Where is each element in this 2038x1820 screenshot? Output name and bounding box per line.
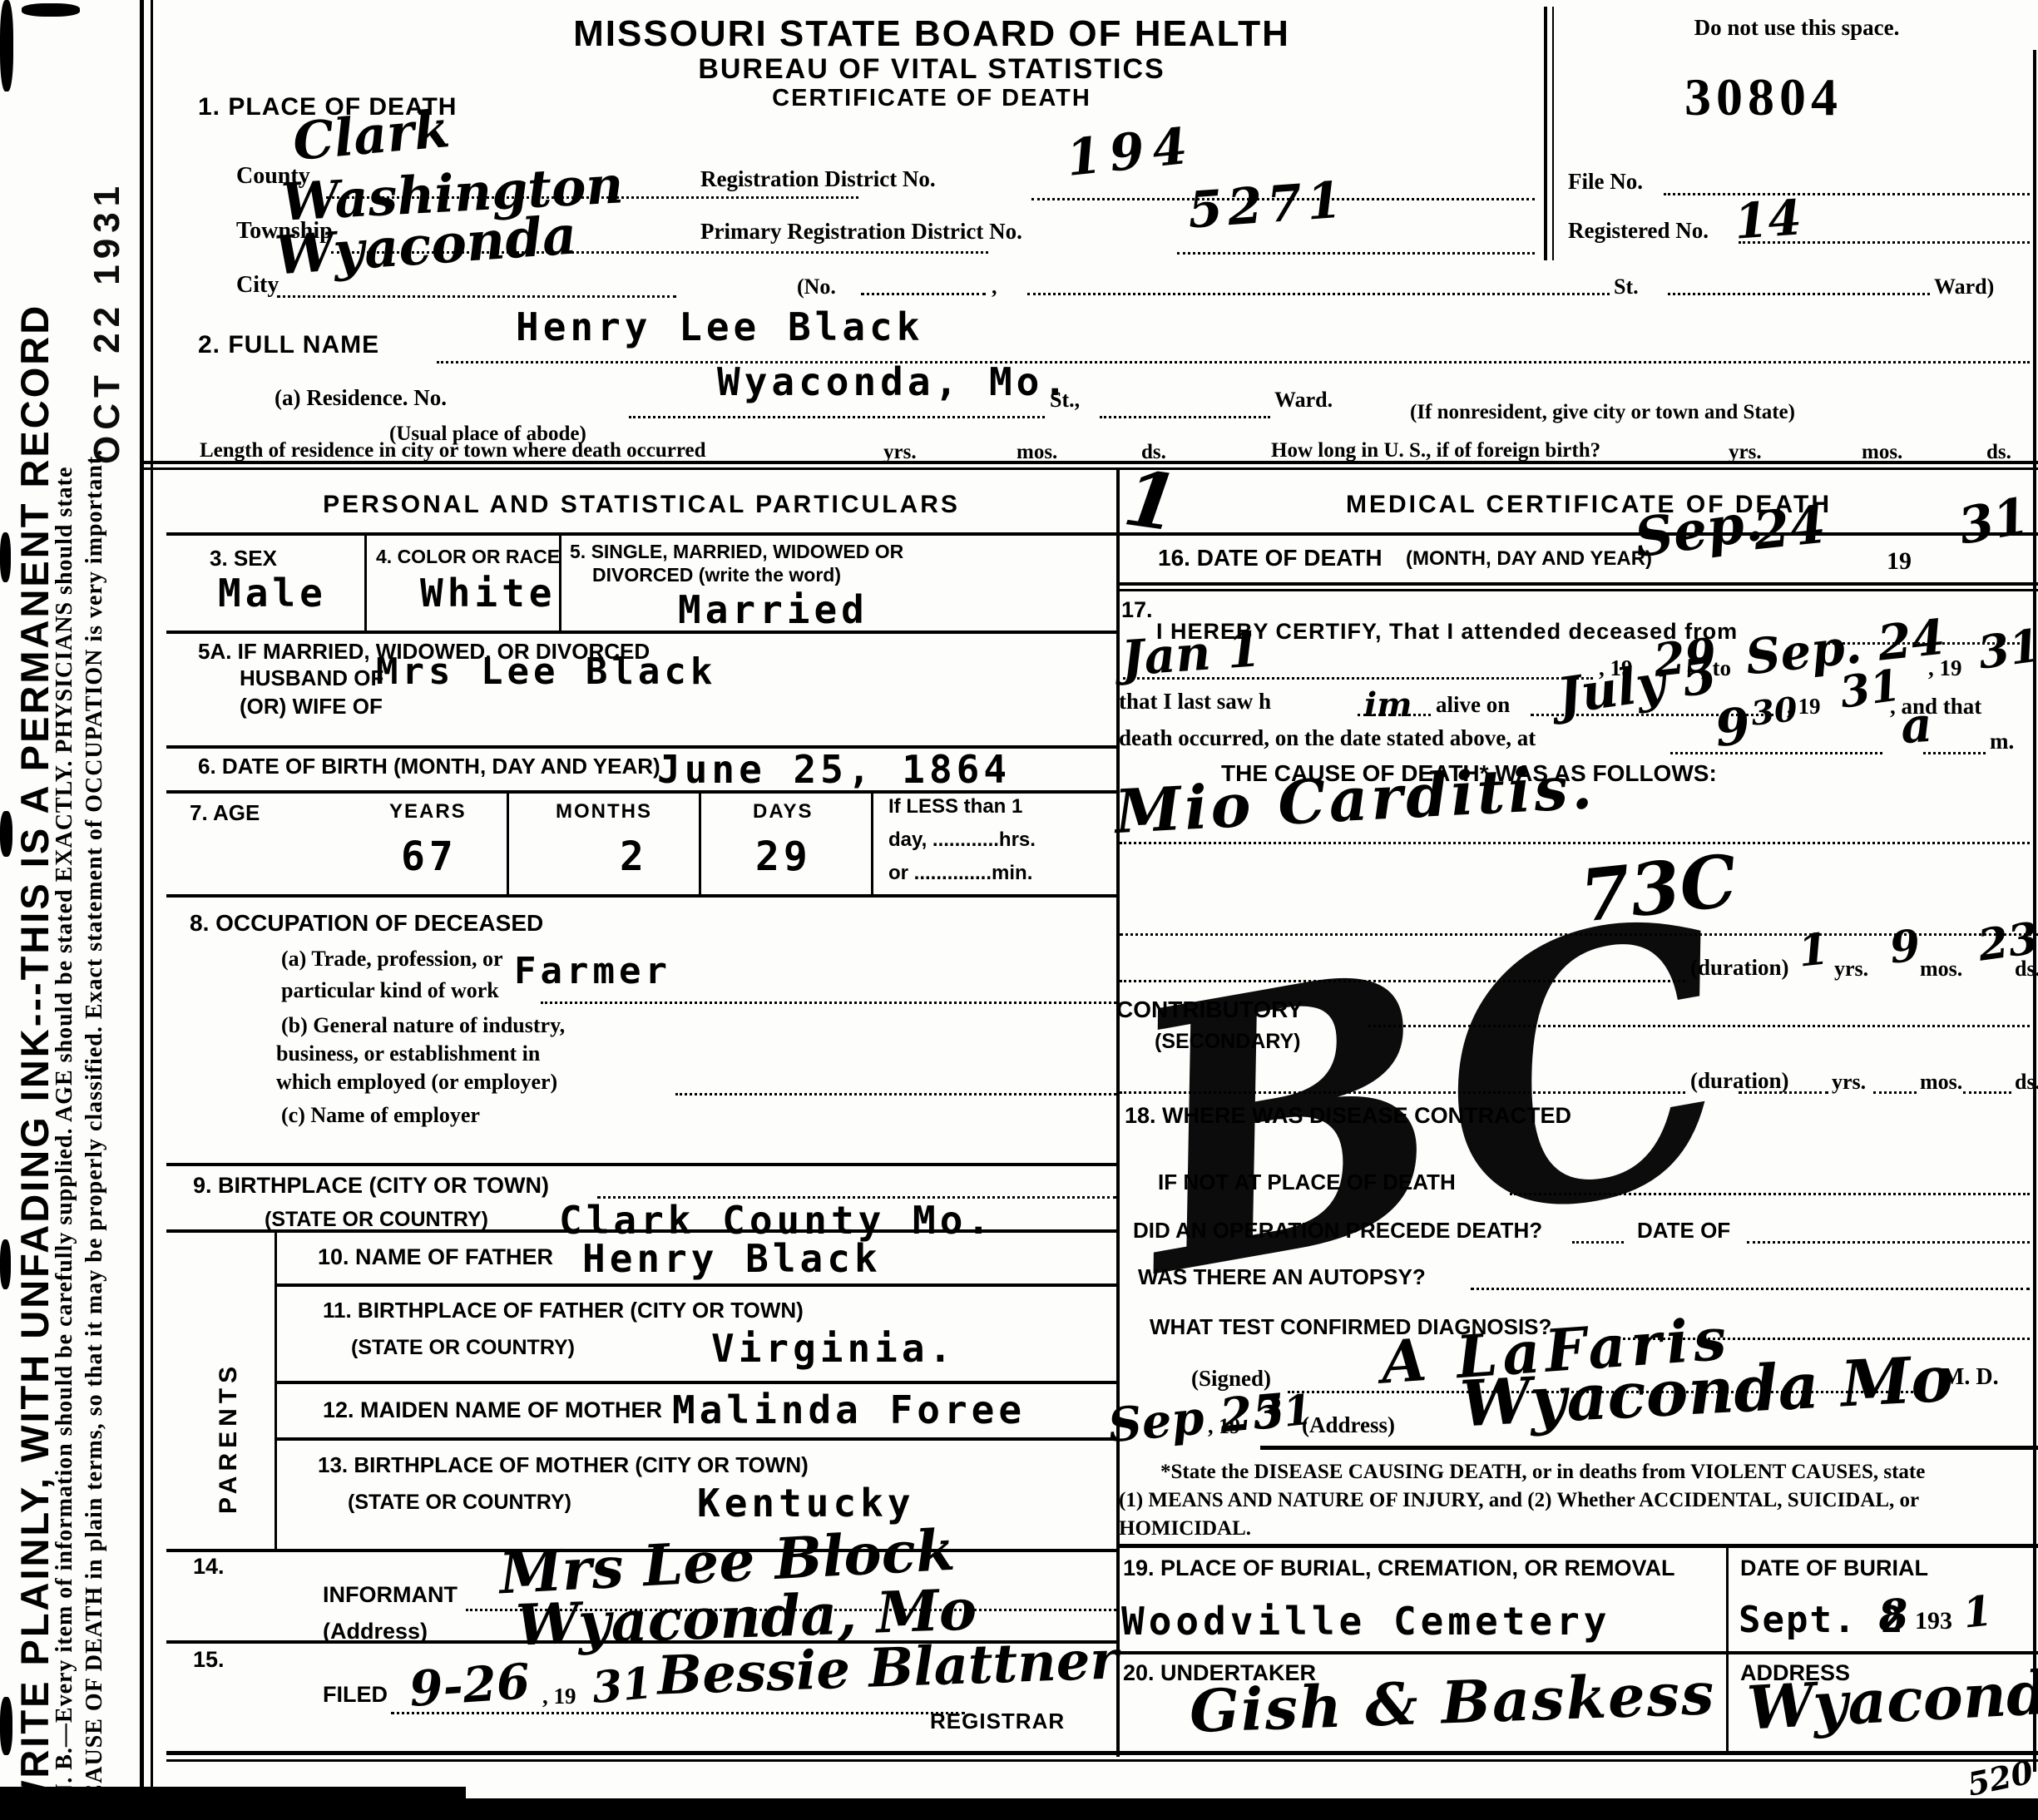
duration-yrs-label-2: yrs. <box>1832 1070 1866 1095</box>
duration2-mos-line <box>1873 1091 1917 1094</box>
primary-district-value: 5271 <box>1186 171 1348 240</box>
scan-artifact <box>22 3 80 17</box>
do-not-use-box-border-inner <box>1552 7 1554 260</box>
file-no-line <box>1664 193 2030 195</box>
mother-birthplace-label: 13. BIRTHPLACE OF MOTHER (CITY OR TOWN) <box>318 1452 809 1478</box>
filed-year-value: 31 <box>590 1658 654 1714</box>
death-occurred-label: death occurred, on the date stated above… <box>1119 725 1536 751</box>
autopsy-line <box>1471 1288 2030 1290</box>
dod-line-1 <box>1120 582 2038 586</box>
age-div-1 <box>507 794 509 894</box>
father-name-label: 10. NAME OF FATHER <box>318 1244 553 1270</box>
dob-label: 6. DATE OF BIRTH (MONTH, DAY AND YEAR) <box>198 754 660 779</box>
occupation-c-label: (c) Name of employer <box>281 1103 480 1128</box>
city-label: City <box>236 272 279 299</box>
father-name-value: Henry Black <box>582 1236 882 1281</box>
burial-date-year-printed: 193 <box>1915 1607 1952 1635</box>
duration-ds-label-2: ds. <box>2015 1070 2038 1095</box>
age-years-value: 67 <box>401 833 458 880</box>
burial-place-label: 19. PLACE OF BURIAL, CREMATION, OR REMOV… <box>1123 1555 1675 1581</box>
filed-year-printed: , 19 <box>542 1684 576 1709</box>
personal-section-header: PERSONAL AND STATISTICAL PARTICULARS <box>166 491 1116 519</box>
page-subtitle: BUREAU OF VITAL STATISTICS <box>349 53 1514 86</box>
contributory-label: CONTRIBUTORY <box>1116 997 1303 1023</box>
husband-of-label: HUSBAND OF <box>240 665 383 691</box>
sex-label: 3. SEX <box>210 546 277 571</box>
age-months-value: 2 <box>620 833 648 880</box>
disease-contracted-label: 18. WHERE WAS DISEASE CONTRACTED <box>1125 1103 1571 1129</box>
age-less-line2: day, ............hrs. <box>888 828 1036 852</box>
footnote-line3: HOMICIDAL. <box>1119 1517 1251 1541</box>
father-birthplace-state-label: (STATE OR COUNTRY) <box>351 1336 575 1360</box>
death-ampm-value: a <box>1899 696 1934 754</box>
duration2-lead-line <box>1120 1091 1685 1094</box>
filed-line <box>391 1712 965 1714</box>
scan-artifact <box>0 1697 12 1755</box>
file-no-label: File No. <box>1568 169 1643 195</box>
age-months-label: MONTHS <box>556 800 652 823</box>
birthplace-label: 9. BIRTHPLACE (CITY OR TOWN) <box>193 1173 549 1199</box>
received-date-stamp: OCT 22 1931 <box>87 190 128 464</box>
primary-district-label: Primary Registration District No. <box>700 219 1022 245</box>
duration-mos-label-2: mos. <box>1920 1070 1962 1095</box>
filed-label: FILED <box>323 1682 388 1708</box>
age-days-value: 29 <box>755 833 812 880</box>
occupation-a-line1: (a) Trade, profession, or <box>281 947 503 972</box>
age-less-line3: or ..............min. <box>888 862 1032 885</box>
full-name-line <box>437 361 2030 364</box>
duration-yrs-label-1: yrs. <box>1834 957 1868 982</box>
mother-maiden-value: Malinda Foree <box>672 1387 1026 1432</box>
occupation-b-line <box>675 1093 1116 1095</box>
informant-label: INFORMANT <box>323 1582 458 1608</box>
last-saw-line1 <box>1358 714 1431 716</box>
last-saw-him-value: im <box>1364 685 1412 725</box>
burial-date-label: DATE OF BURIAL <box>1740 1555 1928 1581</box>
full-name-label: 2. FULL NAME <box>198 331 379 359</box>
filed-item-no: 15. <box>193 1647 225 1673</box>
date-of-death-year-value: 31 <box>1955 487 2033 556</box>
street-line <box>1027 293 1610 295</box>
scan-artifact <box>0 811 12 857</box>
duration-mos-value: 9 <box>1887 920 1922 973</box>
sex-color-divider <box>364 536 367 631</box>
occupation-label: 8. OCCUPATION OF DECEASED <box>190 910 543 937</box>
footnote-line2: (1) MEANS AND NATURE OF INJURY, and (2) … <box>1119 1489 1919 1512</box>
cause-of-death-scrawl: BC <box>1109 870 1755 1325</box>
residence-st-label: St., <box>1050 388 1080 413</box>
row-line-7 <box>275 1283 1116 1287</box>
operation-date-of-label: DATE OF <box>1637 1218 1730 1244</box>
length-residence-label: Length of residence in city or town wher… <box>200 439 706 462</box>
if-not-at-place-label: IF NOT AT PLACE OF DEATH <box>1158 1170 1456 1195</box>
husband-of-value: Mrs Lee Black <box>376 650 716 693</box>
duration-yrs-value: 1 <box>1796 923 1831 977</box>
age-div-2 <box>699 794 701 894</box>
death-m-label: m. <box>1990 729 2014 754</box>
occupation-a-line2: particular kind of work <box>281 978 499 1003</box>
residence-ward-label: Ward. <box>1274 388 1333 413</box>
form-right-border <box>2033 50 2036 1772</box>
row-line-9 <box>275 1437 1116 1441</box>
age-label: 7. AGE <box>190 800 260 826</box>
registration-district-label: Registration District No. <box>700 166 936 192</box>
date-of-death-label: 16. DATE OF DEATH <box>1158 545 1383 571</box>
marital-value: Married <box>678 587 868 632</box>
full-name-value: Henry Lee Black <box>516 304 923 349</box>
duration-label-2: (duration) <box>1690 1068 1789 1094</box>
residence-label: (a) Residence. No. <box>275 385 447 411</box>
form-left-border-inner <box>151 0 153 1820</box>
registrar-label: REGISTRAR <box>930 1709 1065 1734</box>
mother-birthplace-value: Kentucky <box>697 1481 915 1526</box>
cause-line-1 <box>1120 842 2030 844</box>
parents-divider <box>275 1233 277 1549</box>
registered-no-label: Registered No. <box>1568 218 1709 244</box>
color-race-label: 4. COLOR OR RACE <box>376 546 560 568</box>
marital-label-line1: 5. SINGLE, MARRIED, WIDOWED OR <box>570 541 903 563</box>
signed-address-label: (Address) <box>1302 1412 1395 1438</box>
row-line-3 <box>166 790 1116 794</box>
burial-col-divider <box>1726 1548 1729 1751</box>
row-line-8 <box>275 1381 1116 1384</box>
date-of-death-day: 24 <box>1750 494 1828 562</box>
mother-maiden-label: 12. MAIDEN NAME OF MOTHER <box>323 1397 662 1423</box>
howlong-us-label: How long in U. S., if of foreign birth? <box>1271 439 1600 462</box>
dob-value: June 25, 1864 <box>657 747 1011 792</box>
section-divider-top2 <box>140 467 2038 470</box>
registration-district-value: 194 <box>1064 116 1199 188</box>
birthplace-state-label: (STATE OR COUNTRY) <box>265 1208 488 1232</box>
age-div-3 <box>871 794 873 894</box>
father-birthplace-label: 11. BIRTHPLACE OF FATHER (CITY OR TOWN) <box>323 1298 804 1323</box>
age-less-line1: If LESS than 1 <box>888 795 1022 819</box>
column-divider <box>1116 467 1120 1757</box>
alive-on-label: alive on <box>1436 692 1510 718</box>
page-title: MISSOURI STATE BOARD OF HEALTH <box>349 13 1514 55</box>
document-type: CERTIFICATE OF DEATH <box>349 85 1514 112</box>
house-no-comma: , <box>992 274 997 299</box>
if-not-line <box>1510 1193 2030 1195</box>
registered-no-line <box>1739 241 2030 244</box>
death-m-line <box>1923 752 1986 754</box>
house-no-label: (No. <box>797 274 836 299</box>
cause-line-3 <box>1120 980 1685 982</box>
medical-section-header: MEDICAL CERTIFICATE OF DEATH <box>1148 491 2030 519</box>
county-value: Clark <box>290 98 452 172</box>
occupation-b-line1: (b) General nature of industry, <box>281 1013 565 1038</box>
row-line-4 <box>166 894 1116 898</box>
bottom-rule-2 <box>166 1759 2038 1762</box>
burial-date-year-hw: 1 <box>1961 1585 1995 1637</box>
serial-number: 30804 <box>1684 67 1843 128</box>
do-not-use-box-border <box>1544 7 1547 260</box>
occupation-b-line2: business, or establishment in <box>276 1041 540 1066</box>
residence-value: Wyaconda, Mo. <box>717 359 1071 404</box>
row-line-6 <box>166 1229 1116 1233</box>
operation-line <box>1572 1241 1624 1244</box>
father-birthplace-value: Virginia. <box>711 1326 956 1371</box>
secondary-label: (SECONDARY) <box>1155 1030 1300 1054</box>
informant-item-no: 14. <box>193 1554 225 1580</box>
wife-of-label: (OR) WIFE OF <box>240 694 383 720</box>
margin-nb-note-line1: N. B.—Every item of information should b… <box>52 179 78 1801</box>
mother-birthplace-state-label: (STATE OR COUNTRY) <box>348 1491 571 1515</box>
to-year-printed: , 19 <box>1928 655 1962 681</box>
death-time-line <box>1670 752 1882 754</box>
ward-line <box>1668 293 1930 295</box>
residence-st-line <box>1100 416 1270 418</box>
ward-label: Ward) <box>1934 274 1994 299</box>
row-line-1 <box>166 631 1116 634</box>
occupation-a-line <box>541 1001 1116 1004</box>
duration-mos-label-1: mos. <box>1920 957 1962 982</box>
scan-artifact <box>0 0 13 91</box>
date-of-death-year-printed: 19 <box>1887 547 1912 576</box>
item-17-label: 17. <box>1121 597 1153 623</box>
primary-district-line <box>1177 252 1535 255</box>
parents-side-label: PARENTS <box>215 1273 243 1514</box>
signed-address-underline <box>1260 1446 2038 1450</box>
do-not-use-label: Do not use this space. <box>1564 15 2030 41</box>
section-divider-top <box>140 461 2038 464</box>
burial-mid-line <box>1120 1651 2038 1654</box>
margin-write-plainly-note: WRITE PLAINLY, WITH UNFADING INK---THIS … <box>12 200 57 1818</box>
burial-date-day-hw: 8 <box>1877 1590 1910 1642</box>
duration-ds-label-1: ds. <box>2015 957 2038 982</box>
line-under-medical-header <box>1120 532 2038 536</box>
age-years-label: YEARS <box>389 800 467 823</box>
burial-place-value: Woodville Cemetery <box>1121 1599 1611 1644</box>
autopsy-label: WAS THERE AN AUTOPSY? <box>1138 1264 1426 1290</box>
duration2-ds-line <box>1963 1091 2011 1094</box>
operation-date-line <box>1747 1241 2030 1244</box>
sex-value: Male <box>218 571 327 616</box>
house-no-line <box>861 293 986 295</box>
nonresident-note: (If nonresident, give city or town and S… <box>1410 401 1795 424</box>
street-label: St. <box>1614 274 1639 299</box>
row-line-5 <box>166 1163 1116 1166</box>
death-time-value: 9 <box>1712 697 1753 759</box>
burial-top-line <box>1120 1544 2038 1548</box>
bottom-rule-1 <box>166 1751 2038 1755</box>
marital-label-line2: DIVORCED (write the word) <box>592 564 841 586</box>
duration-label-1: (duration) <box>1690 955 1789 981</box>
death-time-sup-value: 30 <box>1749 690 1799 734</box>
line-under-personal-header <box>166 532 1116 536</box>
scan-artifact <box>0 532 11 582</box>
operation-label: DID AN OPERATION PRECEDE DEATH? <box>1133 1218 1542 1244</box>
color-race-value: White <box>420 571 556 616</box>
age-days-label: DAYS <box>753 800 813 823</box>
form-left-border <box>140 0 144 1820</box>
scan-artifact <box>0 1239 11 1289</box>
occupation-b-line3: which employed (or employer) <box>276 1070 557 1095</box>
duration2-yrs-line <box>1739 1091 1828 1094</box>
last-saw-label: that I last saw h <box>1119 689 1271 715</box>
footnote-line1: *State the DISEASE CAUSING DEATH, or in … <box>1160 1461 1925 1484</box>
attended-from-line <box>1123 677 1593 680</box>
residence-line <box>629 416 1045 418</box>
filed-date-value: 9-26 <box>408 1653 532 1718</box>
to-year-value: 31 <box>1975 618 2038 680</box>
signed-date-year-printed: , 19 <box>1208 1414 1240 1439</box>
city-line <box>277 295 676 298</box>
contributory-line <box>1368 1025 2030 1027</box>
date-of-death-sublabel: (MONTH, DAY AND YEAR) <box>1406 547 1652 571</box>
death-certificate-scan: WRITE PLAINLY, WITH UNFADING INK---THIS … <box>0 0 2038 1820</box>
dod-line-2 <box>1120 589 2038 591</box>
cause-of-death-value: Mio Carditis. <box>1113 751 1597 847</box>
occupation-a-value: Farmer <box>514 950 671 992</box>
